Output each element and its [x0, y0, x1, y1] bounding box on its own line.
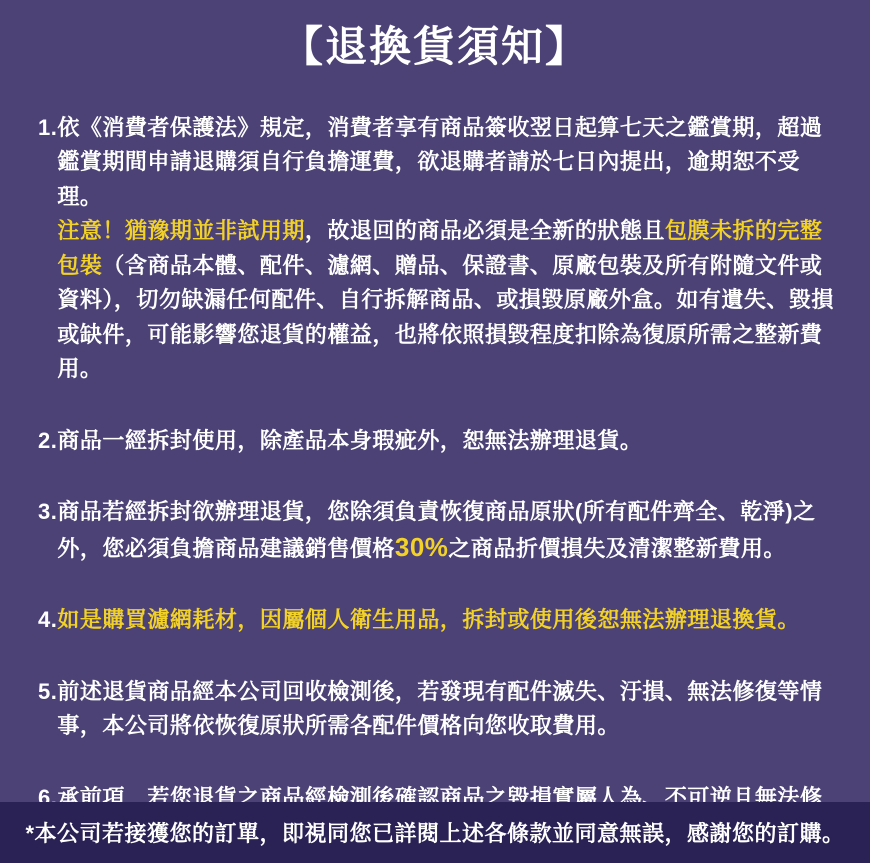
body-text: 商品一經拆封使用，除產品本身瑕疵外，恕無法辦理退貨。 — [57, 428, 642, 453]
highlighted-text: 注意！猶豫期並非試用期 — [57, 218, 305, 243]
item-text: 依《消費者保護法》規定，消費者享有商品簽收翌日起算七天之鑑賞期，超過鑑賞期間申請… — [57, 111, 842, 387]
page-title: 【退換貨須知】 — [0, 0, 870, 75]
policy-list: 1. 依《消費者保護法》規定，消費者享有商品簽收翌日起算七天之鑑賞期，超過鑑賞期… — [0, 75, 870, 850]
body-text: 之商品折價損失及清潔整新費用。 — [448, 536, 786, 561]
footer-bar: *本公司若接獲您的訂單，即視同您已詳閱上述各條款並同意無誤，感謝您的訂購。 — [0, 802, 870, 863]
item-text: 商品一經拆封使用，除產品本身瑕疵外，恕無法辦理退貨。 — [57, 424, 842, 459]
item-text: 商品若經拆封欲辦理退貨，您除須負責恢復商品原狀(所有配件齊全、乾淨)之外，您必須… — [57, 495, 842, 566]
item-number: 1. — [38, 111, 57, 146]
body-text: 前述退貨商品經本公司回收檢測後，若發現有配件滅失、汙損、無法修復等情事，本公司將… — [57, 679, 822, 739]
item-number: 5. — [38, 675, 57, 710]
body-text: 依《消費者保護法》規定，消費者享有商品簽收翌日起算七天之鑑賞期，超過鑑賞期間申請… — [57, 115, 822, 209]
policy-item: 2. 商品一經拆封使用，除產品本身瑕疵外，恕無法辦理退貨。 — [38, 424, 842, 459]
body-text: ，故退回的商品必須是全新的狀態且 — [305, 218, 665, 243]
policy-item: 4. 如是購買濾網耗材，因屬個人衛生用品，拆封或使用後恕無法辦理退換貨。 — [38, 603, 842, 638]
policy-item: 1. 依《消費者保護法》規定，消費者享有商品簽收翌日起算七天之鑑賞期，超過鑑賞期… — [38, 111, 842, 387]
return-policy-page: 【退換貨須知】 1. 依《消費者保護法》規定，消費者享有商品簽收翌日起算七天之鑑… — [0, 0, 870, 863]
policy-item: 5. 前述退貨商品經本公司回收檢測後，若發現有配件滅失、汙損、無法修復等情事，本… — [38, 675, 842, 744]
item-number: 4. — [38, 603, 57, 638]
footer-text: *本公司若接獲您的訂單，即視同您已詳閱上述各條款並同意無誤，感謝您的訂購。 — [25, 817, 844, 848]
highlighted-text: 如是購買濾網耗材，因屬個人衛生用品，拆封或使用後恕無法辦理退換貨。 — [57, 607, 800, 632]
policy-item: 3. 商品若經拆封欲辦理退貨，您除須負責恢復商品原狀(所有配件齊全、乾淨)之外，… — [38, 495, 842, 566]
item-number: 2. — [38, 424, 57, 459]
item-number: 3. — [38, 495, 57, 530]
item-text: 前述退貨商品經本公司回收檢測後，若發現有配件滅失、汙損、無法修復等情事，本公司將… — [57, 675, 842, 744]
highlighted-text: 30% — [395, 532, 449, 562]
body-text: （含商品本體、配件、濾網、贈品、保證書、原廠包裝及所有附隨文件或資料），切勿缺漏… — [57, 253, 834, 382]
item-text: 如是購買濾網耗材，因屬個人衛生用品，拆封或使用後恕無法辦理退換貨。 — [57, 603, 842, 638]
